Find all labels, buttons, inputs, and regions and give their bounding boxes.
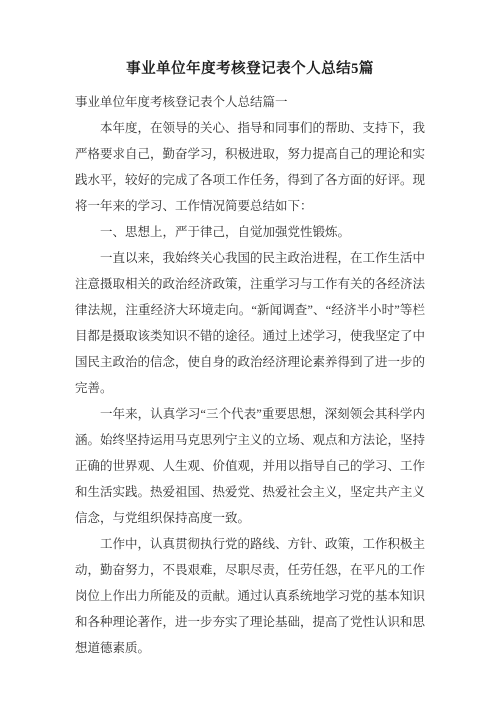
paragraph-heading-thought: 一、思想上，严于律己，自觉加强党性锻炼。 — [75, 219, 425, 245]
paragraph-study: 一年来，认真学习“三个代表”重要思想，深刻领会其科学内涵。始终坚持运用马克思列宁… — [75, 401, 425, 531]
document-page: 事业单位年度考核登记表个人总结5篇 事业单位年度考核登记表个人总结篇一 本年度，… — [0, 0, 500, 707]
section-heading: 事业单位年度考核登记表个人总结篇一 — [75, 89, 425, 115]
paragraph-work: 工作中，认真贯彻执行党的路线、方针、政策，工作积极主动，勤奋努力，不畏艰难，尽职… — [75, 531, 425, 661]
paragraph-intro: 本年度，在领导的关心、指导和同事们的帮助、支持下，我严格要求自己，勤奋学习，积极… — [75, 115, 425, 219]
document-title: 事业单位年度考核登记表个人总结5篇 — [75, 56, 425, 82]
paragraph-politics: 一直以来，我始终关心我国的民主政治进程，在工作生活中注意摄取相关的政治经济政策，… — [75, 245, 425, 401]
